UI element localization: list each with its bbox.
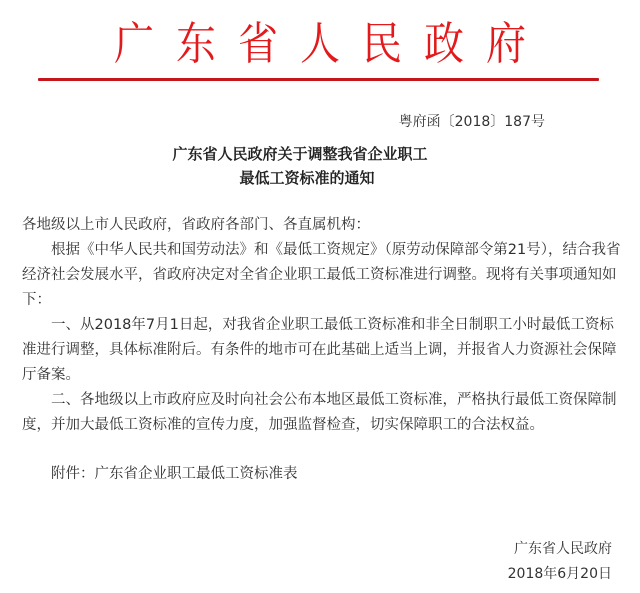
red-divider-rule — [38, 78, 599, 81]
document-title-line-1: 广东省人民政府关于调整我省企业职工 — [0, 143, 620, 164]
signature-issuer: 广东省人民政府 — [514, 538, 612, 558]
item-2-paragraph: 二、各地级以上市政府应及时向社会公布本地区最低工资标准，严格执行最低工资保障制度… — [22, 388, 622, 438]
masthead-title: 广东省人民政府 — [114, 8, 548, 72]
addressee: 各地级以上市人民政府，省政府各部门、各直属机构： — [22, 213, 622, 238]
attachment-note: 附件：广东省企业职工最低工资标准表 — [22, 462, 622, 487]
intro-paragraph: 根据《中华人民共和国劳动法》和《最低工资规定》（原劳动保障部令第21号），结合我… — [22, 238, 622, 313]
item-1-paragraph: 一、从2018年7月1日起，对我省企业职工最低工资标准和非全日制职工小时最低工资… — [22, 313, 622, 388]
signature-date: 2018年6月20日 — [508, 563, 612, 583]
document-title-line-2: 最低工资标准的通知 — [0, 167, 627, 188]
masthead: 广东省人民政府 — [0, 10, 640, 70]
document-number: 粤府函〔2018〕187号 — [399, 111, 545, 131]
